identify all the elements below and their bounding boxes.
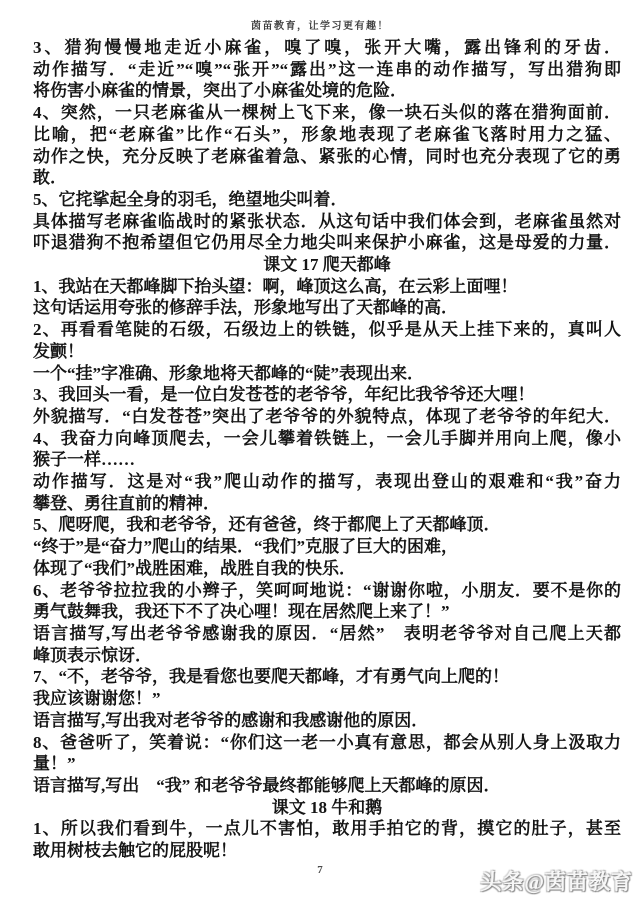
document-line: 比喻，把“老麻雀”比作“石头”，形象地表现了老麻雀飞落时用力之猛、 — [33, 124, 621, 146]
document-line: 3、我回头一看，是一位白发苍苍的老爷爷，年纪比我爷爷还大哩！ — [33, 384, 621, 406]
document-page: 茵苗教育，让学习更有趣！ 3、猎狗慢慢地走近小麻雀，嗅了嗅，张开大嘴，露出锋利的… — [0, 0, 640, 905]
document-line: 8、爸爸听了，笑着说：“你们这一老一小真有意思，都会从别人身上汲取力 — [33, 732, 621, 754]
document-line: 猴子一样…… — [33, 449, 621, 471]
document-line: 语言描写,写出 “我” 和老爷爷最终都能够爬上天都峰的原因． — [33, 775, 621, 797]
document-line: 攀登、勇往直前的精神． — [33, 493, 621, 515]
toutiao-watermark: 头条@茵苗教育 — [480, 866, 633, 896]
document-line: 语言描写,写出老爷爷感谢我的原因．“居然” 表明老爷爷对自己爬上天都 — [33, 623, 621, 645]
document-line: 4、我奋力向峰顶爬去，一会儿攀着铁链上，一会儿手脚并用向上爬，像小 — [33, 428, 621, 450]
document-content: 3、猎狗慢慢地走近小麻雀，嗅了嗅，张开大嘴，露出锋利的牙齿．动作描写．“走近”“… — [33, 37, 621, 862]
document-line: “终于”是“奋力”爬山的结果．“我们”克服了巨大的困难， — [33, 536, 621, 558]
document-line: 敢． — [33, 167, 621, 189]
document-line: 发颤！ — [33, 341, 621, 363]
document-line: 勇气鼓舞我，我还下不了决心哩！现在居然爬上来了！” — [33, 601, 621, 623]
document-line: 4、突然，一只老麻雀从一棵树上飞下来，像一块石头似的落在猎狗面前． — [33, 102, 621, 124]
document-line: 动作描写．“走近”“嗅”“张开”“露出”这一连串的动作描写，写出猎狗即 — [33, 59, 621, 81]
section-heading: 课文 17 爬天都峰 — [33, 254, 621, 276]
document-line: 1、我站在天都峰脚下抬头望：啊，峰顶这么高，在云彩上面哩！ — [33, 276, 621, 298]
document-line: 将伤害小麻雀的情景，突出了小麻雀处境的危险． — [33, 80, 621, 102]
document-line: 敢用树枝去触它的屁股呢！ — [33, 840, 621, 862]
document-line: 语言描写,写出我对老爷爷的感谢和我感谢他的原因． — [33, 710, 621, 732]
section-heading: 课文 18 牛和鹅 — [33, 797, 621, 819]
document-line: 我应该谢谢您！” — [33, 688, 621, 710]
document-line: 7、“不，老爷爷，我是看您也要爬天都峰，才有勇气向上爬的！ — [33, 666, 621, 688]
document-line: 外貌描写．“白发苍苍”突出了老爷爷的外貌特点，体现了老爷爷的年纪大． — [33, 406, 621, 428]
document-line: 具体描写老麻雀临战时的紧张状态．从这句话中我们体会到，老麻雀虽然对 — [33, 211, 621, 233]
page-header-tagline: 茵苗教育，让学习更有趣！ — [0, 17, 640, 32]
document-line: 吓退猎狗不抱希望但它仍用尽全力地尖叫来保护小麻雀，这是母爱的力量． — [33, 232, 621, 254]
document-line: 峰顶表示惊讶． — [33, 645, 621, 667]
document-line: 5、爬呀爬，我和老爷爷，还有爸爸，终于都爬上了天都峰顶． — [33, 514, 621, 536]
document-line: 这句话运用夸张的修辞手法，形象地写出了天都峰的高． — [33, 297, 621, 319]
document-line: 3、猎狗慢慢地走近小麻雀，嗅了嗅，张开大嘴，露出锋利的牙齿． — [33, 37, 621, 59]
document-line: 一个“挂”字准确、形象地将天都峰的“陡”表现出来． — [33, 363, 621, 385]
document-line: 体现了“我们”战胜困难，战胜自我的快乐． — [33, 558, 621, 580]
document-line: 动作描写．这是对“我”爬山动作的描写，表现出登山的艰难和“我”奋力 — [33, 471, 621, 493]
document-line: 2、再看看笔陡的石级，石级边上的铁链，似乎是从天上挂下来的，真叫人 — [33, 319, 621, 341]
document-line: 1、所以我们看到牛，一点儿不害怕，敢用手拍它的背，摸它的肚子，甚至 — [33, 818, 621, 840]
document-line: 量！” — [33, 753, 621, 775]
document-line: 动作之快，充分反映了老麻雀着急、紧张的心情，同时也充分表现了它的勇 — [33, 146, 621, 168]
document-line: 5、它挓挲起全身的羽毛，绝望地尖叫着． — [33, 189, 621, 211]
document-line: 6、老爷爷拉拉我的小辫子，笑呵呵地说：“谢谢你啦，小朋友．要不是你的 — [33, 580, 621, 602]
